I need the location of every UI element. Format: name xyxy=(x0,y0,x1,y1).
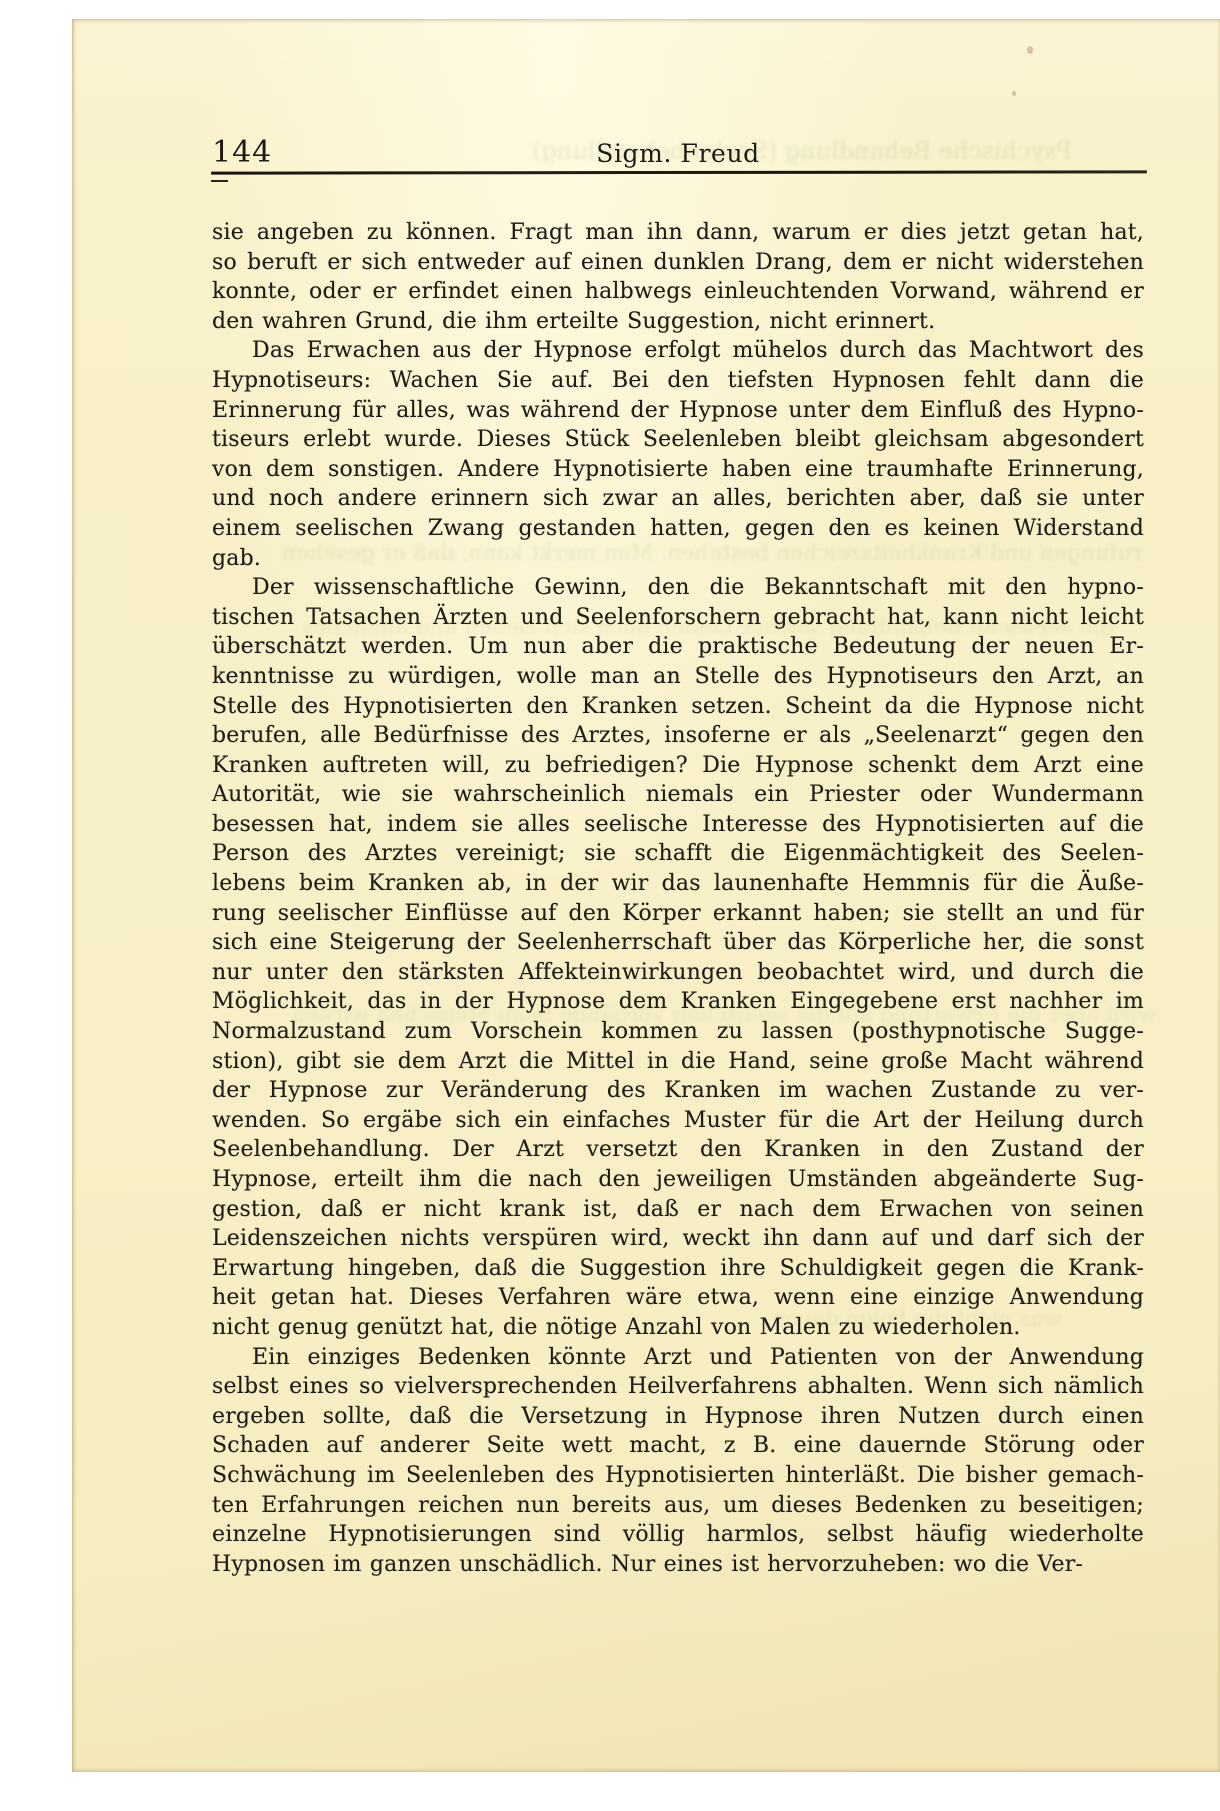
text-line: und noch andere erinnern sich zwar an al… xyxy=(212,484,1144,514)
book-page: Psychische Behandlung (Seelenbehandlung)… xyxy=(72,19,1220,1772)
text-line: selbst eines so vielversprechenden Heilv… xyxy=(212,1372,1144,1402)
header-rule-end-mark xyxy=(211,180,228,182)
text-line: einem seelischen Zwang gestanden hatten,… xyxy=(212,514,1144,544)
text-line: so beruft er sich entweder auf einen dun… xyxy=(212,248,1144,278)
text-line: Person des Arztes vereinigt; sie schafft… xyxy=(212,839,1144,869)
text-line: Leidenszeichen nichts verspüren wird, we… xyxy=(212,1224,1144,1254)
text-line: Das Erwachen aus der Hypnose erfolgt müh… xyxy=(212,336,1144,366)
text-line: der Hypnose zur Veränderung des Kranken … xyxy=(212,1076,1144,1106)
screenshot-root: { "colors": { "paper": "#f8efc6", "ink":… xyxy=(0,0,1220,1811)
scan-speck xyxy=(1027,46,1033,54)
text-line: stion), gibt sie dem Arzt die Mittel in … xyxy=(212,1047,1144,1077)
text-line: Autorität, wie sie wahrscheinlich niemal… xyxy=(212,780,1144,810)
text-line: Möglichkeit, das in der Hypnose dem Kran… xyxy=(212,987,1144,1017)
scan-speck xyxy=(1012,91,1016,96)
running-head: 144 Sigm. Freud xyxy=(212,131,1144,175)
text-line: einzelne Hypnotisierungen sind völlig ha… xyxy=(212,1520,1144,1550)
text-line: konnte, oder er erfindet einen halbwegs … xyxy=(212,277,1144,307)
text-line: tischen Tatsachen Ärzten und Seelenforsc… xyxy=(212,603,1144,633)
paragraph: Ein einziges Bedenken könnte Arzt und Pa… xyxy=(212,1343,1144,1580)
text-line: von dem sonstigen. Andere Hypnotisierte … xyxy=(212,455,1144,485)
text-line: berufen, alle Bedürfnisse des Arztes, in… xyxy=(212,721,1144,751)
text-line: heit getan hat. Dieses Verfahren wäre et… xyxy=(212,1283,1144,1313)
text-line: gestion, daß er nicht krank ist, daß er … xyxy=(212,1195,1144,1225)
text-line: nicht genug genützt hat, die nötige Anza… xyxy=(212,1313,1144,1343)
text-line: lebens beim Kranken ab, in der wir das l… xyxy=(212,869,1144,899)
text-line: kenntnisse zu würdigen, wolle man an Ste… xyxy=(212,662,1144,692)
text-line: wenden. So ergäbe sich ein einfaches Mus… xyxy=(212,1106,1144,1136)
text-line: Ein einziges Bedenken könnte Arzt und Pa… xyxy=(212,1343,1144,1373)
text-line: gab. xyxy=(212,544,1144,574)
text-line: überschätzt werden. Um nun aber die prak… xyxy=(212,632,1144,662)
text-line: Schwächung im Seelenleben des Hypnotisie… xyxy=(212,1461,1144,1491)
text-line: sie angeben zu können. Fragt man ihn dan… xyxy=(212,218,1144,248)
text-line: Kranken auftreten will, zu befriedigen? … xyxy=(212,751,1144,781)
text-line: tiseurs erlebt wurde. Dieses Stück Seele… xyxy=(212,425,1144,455)
text-line: Stelle des Hypnotisierten den Kranken se… xyxy=(212,692,1144,722)
text-line: besessen hat, indem sie alles seelische … xyxy=(212,810,1144,840)
text-line: Erwartung hingeben, daß die Suggestion i… xyxy=(212,1254,1144,1284)
text-line: Hypnotiseurs: Wachen Sie auf. Bei den ti… xyxy=(212,366,1144,396)
body-text: sie angeben zu können. Fragt man ihn dan… xyxy=(212,218,1144,1579)
text-line: Erinnerung für alles, was während der Hy… xyxy=(212,396,1144,426)
text-line: Seelenbehandlung. Der Arzt versetzt den … xyxy=(212,1135,1144,1165)
text-line: Der wissenschaftliche Gewinn, den die Be… xyxy=(212,573,1144,603)
text-line: sich eine Steigerung der Seelenherrschaf… xyxy=(212,928,1144,958)
text-line: Hypnose, erteilt ihm die nach den jeweil… xyxy=(212,1165,1144,1195)
paragraph: Das Erwachen aus der Hypnose erfolgt müh… xyxy=(212,336,1144,573)
paragraph: sie angeben zu können. Fragt man ihn dan… xyxy=(212,218,1144,336)
text-line: Schaden auf anderer Seite wett macht, z … xyxy=(212,1431,1144,1461)
text-line: Hypnosen im ganzen unschädlich. Nur eine… xyxy=(212,1550,1144,1580)
text-line: rung seelischer Einflüsse auf den Körper… xyxy=(212,899,1144,929)
text-line: nur unter den stärksten Affekteinwirkung… xyxy=(212,958,1144,988)
text-line: den wahren Grund, die ihm erteilte Sugge… xyxy=(212,307,1144,337)
running-title: Sigm. Freud xyxy=(212,139,1144,168)
text-line: ten Erfahrungen reichen nun bereits aus,… xyxy=(212,1491,1144,1521)
text-line: Normalzustand zum Vorschein kommen zu la… xyxy=(212,1017,1144,1047)
text-line: ergeben sollte, daß die Versetzung in Hy… xyxy=(212,1402,1144,1432)
paragraph: Der wissenschaftliche Gewinn, den die Be… xyxy=(212,573,1144,1342)
